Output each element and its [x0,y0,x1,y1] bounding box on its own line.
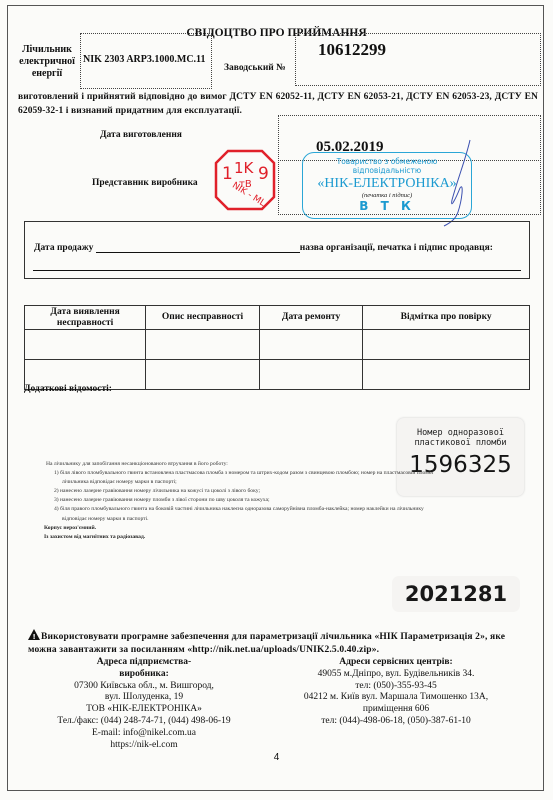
notes-item: 4) біля правого пломбувального гвинта на… [46,505,446,523]
otk-stamp: 1 1K 9 тВ NIK - ML [214,149,276,211]
meter-label-line: електричної [14,56,80,68]
seal-caption-line: Номер одноразової [397,428,524,438]
seal-caption-line: пластикової пломби [397,438,524,448]
sale-date-input[interactable] [96,242,300,253]
table-row [25,330,530,360]
table-cell[interactable] [146,330,260,360]
extra-info-label: Додаткові відомості: [24,384,112,394]
address-line: приміщення 606 [266,704,526,716]
tamper-protection-notes: На лічильнику для запобігання несанкціон… [46,460,446,542]
notes-item: 3) нанесено лазерне гравіювання номеру п… [46,496,446,505]
manufacturer-address-heading: Адреса підприємства-виробника: [74,657,214,681]
page-number: 4 [0,752,553,763]
seller-input-line[interactable] [33,270,521,271]
col-header-fault-desc: Опис несправності [146,306,260,330]
sticker-number: 2021281 [405,582,507,606]
col-header-verification: Відмітка про повірку [363,306,530,330]
compliance-statement: виготовлений і прийнятий відповідно до в… [18,90,538,118]
signature-icon [440,138,480,228]
table-cell[interactable] [259,360,363,390]
octagon-stamp-icon: 1 1K 9 тВ NIK - ML [214,149,276,211]
address-line: 07300 Київська обл., м. Вишгород, [74,681,214,693]
table-cell[interactable] [25,330,146,360]
service-centers: Адреси сервісних центрів: 49055 м.Дніпро… [266,657,526,728]
number-sticker: 2021281 [392,576,520,612]
table-cell[interactable] [363,360,530,390]
notes-intro: На лічильнику для запобігання несанкціон… [46,460,446,469]
address-line: вул. Шолуденка, 19 [74,692,214,704]
table-cell[interactable] [363,330,530,360]
serial-number: 10612299 [318,40,386,60]
warning-triangle-icon [28,629,40,640]
seller-label: назва організації, печатка і підпис прод… [300,243,493,253]
svg-text:1: 1 [222,164,233,184]
col-header-repair-date: Дата ремонту [259,306,363,330]
warning-text: Використовувати програмне забезпечення д… [28,632,505,655]
table-header-row: Дата виявлення несправності Опис несправ… [25,306,530,330]
email-link[interactable]: E-mail: info@nikel.com.ua [74,728,214,740]
notes-item: 1) біля лівого пломбувального гвинта вст… [46,469,446,487]
col-header-fault-date: Дата виявлення несправності [25,306,146,330]
manufacturer-address: Адреса підприємства-виробника: 07300 Киї… [74,657,214,751]
meter-label: Лічильник електричної енергії [14,44,80,80]
table-cell[interactable] [146,360,260,390]
notes-footer: Корпус нероз'ємний. [44,524,446,533]
software-warning: Використовувати програмне забезпечення д… [28,629,528,657]
svg-text:9: 9 [258,164,269,184]
address-line: ТОВ «НІК-ЕЛЕКТРОНІКА» [74,704,214,716]
table-cell[interactable] [259,330,363,360]
phone-line: тел: (050)-355-93-45 [266,681,526,693]
manufacture-date-label: Дата виготовлення [100,130,182,140]
serial-label: Заводський № [224,63,286,73]
notes-item: 2) нанесено лазерне гравіювання номеру л… [46,487,446,496]
repairs-table: Дата виявлення несправності Опис несправ… [24,305,530,390]
notes-footer: Із захистом від магнітних та радіозавад. [44,533,446,542]
website-link[interactable]: https://nik-el.com [74,740,214,752]
phone-line: Тел./факс: (044) 248-74-71, (044) 498-06… [34,716,254,728]
sale-date-label: Дата продажу [34,243,93,253]
meter-label-line: енергії [14,68,80,80]
phone-line: тел: (044)-498-06-18, (050)-387-61-10 [266,716,526,728]
meter-label-line: Лічильник [14,44,80,56]
sale-date-row: Дата продажу назва організації, печатка … [34,242,493,253]
address-line: 04212 м. Київ вул. Маршала Тимошенко 13А… [266,692,526,704]
seal-caption: Номер одноразової пластикової пломби [397,428,524,448]
service-centers-heading: Адреси сервісних центрів: [266,657,526,669]
svg-text:1K: 1K [234,159,255,177]
representative-label: Представник виробника [92,178,198,188]
meter-model: NIK 2303 ARP3.1000.MC.11 [83,54,206,65]
address-line: 49055 м.Дніпро, вул. Будівельників 34. [266,669,526,681]
